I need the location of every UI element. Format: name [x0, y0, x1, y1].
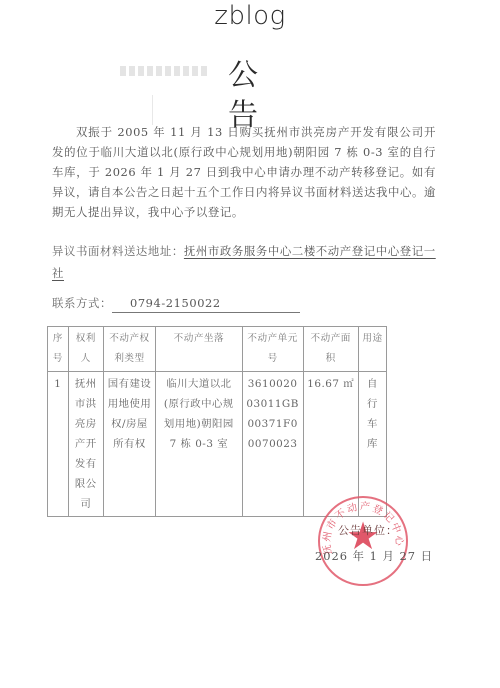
paper-crease	[152, 95, 153, 125]
cell-area: 16.67 ㎡	[303, 372, 358, 517]
cell-right-type: 国有建设用地使用权/房屋所有权	[103, 372, 155, 517]
faded-header-marks	[120, 66, 210, 76]
signing-unit-label: 公告单位：	[338, 522, 398, 538]
cell-owner: 抚州市洪亮房产开发有限公司	[68, 372, 103, 517]
contact-info: 联系方式：0794-2150022	[52, 294, 436, 313]
col-header-owner: 权利人	[68, 327, 103, 372]
watermark-text: zblog	[0, 0, 500, 32]
cell-unit-no: 361002003011GB00371F00070023	[242, 372, 303, 517]
col-header-unit-no: 不动产单元号	[242, 327, 303, 372]
signing-date: 2026 年 1 月 27 日	[315, 548, 433, 564]
col-header-right-type: 不动产权利类型	[103, 327, 155, 372]
col-header-index: 序号	[48, 327, 69, 372]
col-header-area: 不动产面积	[303, 327, 358, 372]
cell-location: 临川大道以北(原行政中心规划用地)朝阳园 7 栋 0-3 室	[156, 372, 243, 517]
contact-phone: 0794-2150022	[112, 294, 300, 313]
col-header-usage: 用途	[358, 327, 386, 372]
table-header-row: 序号 权利人 不动产权利类型 不动产坐落 不动产单元号 不动产面积 用途	[48, 327, 387, 372]
objection-address-label: 异议书面材料送达地址：	[52, 244, 184, 258]
announcement-body: 双振于 2005 年 11 月 13 日购买抚州市洪亮房产开发有限公司开发的位于…	[52, 122, 436, 222]
objection-address: 异议书面材料送达地址：抚州市政务服务中心二楼不动产登记中心登记一社	[52, 240, 436, 284]
col-header-location: 不动产坐落	[156, 327, 243, 372]
table-row: 1 抚州市洪亮房产开发有限公司 国有建设用地使用权/房屋所有权 临川大道以北(原…	[48, 372, 387, 517]
property-table: 序号 权利人 不动产权利类型 不动产坐落 不动产单元号 不动产面积 用途 1 抚…	[47, 326, 387, 517]
contact-label: 联系方式：	[52, 296, 112, 310]
cell-usage: 自行车库	[358, 372, 386, 517]
cell-index: 1	[48, 372, 69, 517]
